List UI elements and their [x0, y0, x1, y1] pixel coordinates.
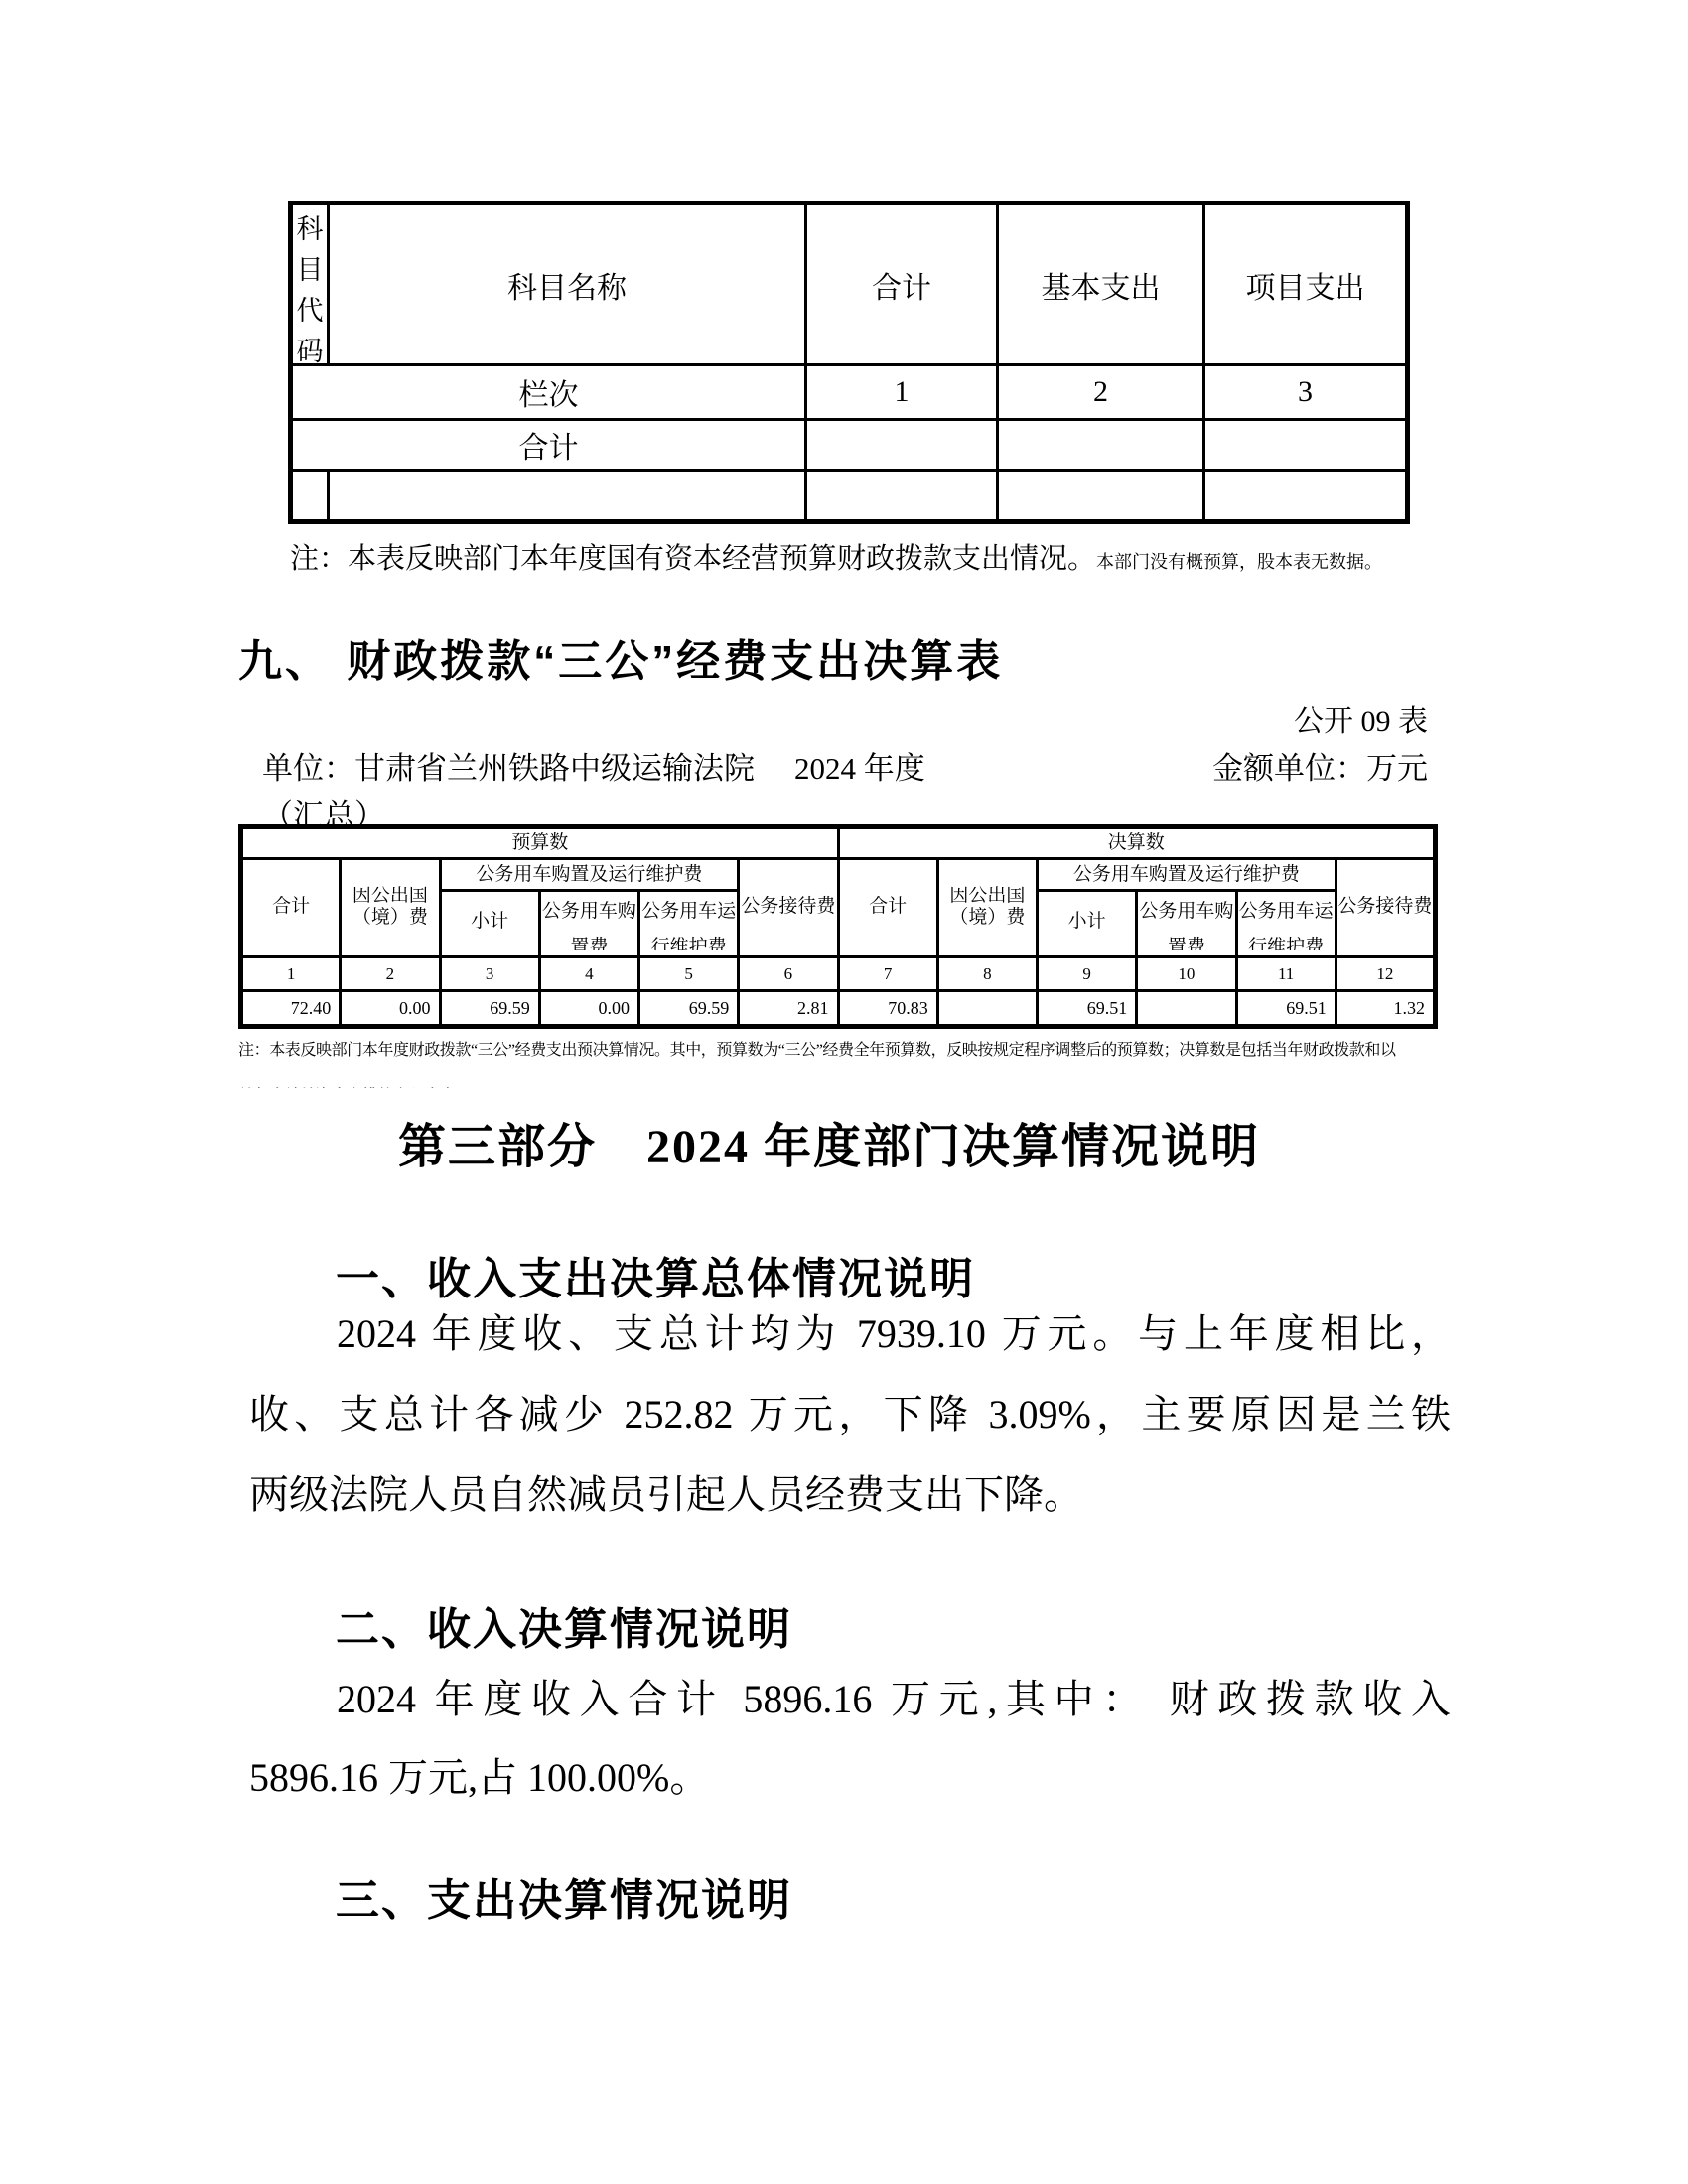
col-num: 9 — [1038, 957, 1137, 991]
document-page: 科 目 代 码 科目名称 合计 基本支出 项目支出 栏次 1 2 3 合计 — [0, 0, 1688, 2184]
col-num: 6 — [739, 957, 838, 991]
budget-subtotal-header: 小计 — [440, 891, 539, 957]
col-num: 3 — [440, 957, 539, 991]
empty-value-1 — [806, 471, 998, 522]
empty-name-cell — [329, 471, 806, 522]
paragraph-line: 2024 年度收、支总计均为 7939.10 万元。与上年度相比， — [249, 1294, 1451, 1374]
project-expense-header: 项目支出 — [1204, 204, 1408, 365]
paragraph-line: 5896.16 万元,占 100.00%。 — [249, 1738, 1451, 1817]
col-num: 4 — [539, 957, 638, 991]
final-vehicle-band: 公务用车购置及运行维护费 — [1038, 859, 1336, 891]
fiscal-year: 2024 年度 — [794, 744, 925, 788]
final-reception-header: 公务接待费 — [1336, 859, 1435, 957]
section-3-heading: 三、支出决算情况说明 — [336, 1864, 792, 1928]
budget-abroad-header: 因公出国 （境）费 — [341, 859, 440, 957]
col-num: 5 — [639, 957, 739, 991]
empty-value-2 — [998, 471, 1204, 522]
data-cell: 0.00 — [539, 991, 638, 1027]
final-subtotal-header: 小计 — [1038, 891, 1137, 957]
col-num: 10 — [1137, 957, 1236, 991]
top-table-note-small: 本部门没有概预算，股本表无数据。 — [1096, 552, 1382, 572]
col-num: 7 — [838, 957, 937, 991]
total-row-value-2 — [998, 420, 1204, 471]
empty-code-cell — [291, 471, 329, 522]
budget-purchase-header: 公务用车购 置费 — [539, 891, 638, 957]
column-index-label: 栏次 — [291, 365, 806, 420]
final-band: 决算数 — [838, 827, 1436, 859]
budget-total-header: 合计 — [241, 859, 341, 957]
column-index-1: 1 — [806, 365, 998, 420]
top-table-note: 注：本表反映部门本年度国有资本经营预算财政拨款支出情况。本部门没有概预算，股本表… — [290, 536, 1382, 577]
state-capital-expenditure-table: 科 目 代 码 科目名称 合计 基本支出 项目支出 栏次 1 2 3 合计 — [288, 201, 1410, 524]
col-num: 2 — [341, 957, 440, 991]
table-number: 公开 09 表 — [1294, 696, 1428, 740]
data-cell: 69.51 — [1236, 991, 1336, 1027]
sangong-note-line2: 前年度结转资金安排的实际支出。 — [238, 1074, 1445, 1088]
amount-unit: 金额单位：万元 — [1212, 744, 1428, 788]
part3-title: 第三部分 2024 年度部门决算情况说明 — [209, 1108, 1450, 1176]
subject-code-header: 科 目 代 码 — [291, 204, 329, 365]
col-num: 1 — [241, 957, 341, 991]
col-num: 11 — [1236, 957, 1336, 991]
data-cell — [937, 991, 1037, 1027]
final-operation-header: 公务用车运 行维护费 — [1236, 891, 1336, 957]
top-table-note-main: 注：本表反映部门本年度国有资本经营预算财政拨款支出情况。 — [290, 543, 1096, 575]
data-cell: 2.81 — [739, 991, 838, 1027]
paragraph-line: 收、支总计各减少 252.82 万元，下降 3.09%，主要原因是兰铁 — [249, 1374, 1451, 1454]
data-cell: 69.59 — [440, 991, 539, 1027]
data-cell — [1137, 991, 1236, 1027]
budget-band: 预算数 — [241, 827, 839, 859]
data-cell: 70.83 — [838, 991, 937, 1027]
section-1-paragraph: 2024 年度收、支总计均为 7939.10 万元。与上年度相比， 收、支总计各… — [249, 1294, 1451, 1535]
data-cell: 69.51 — [1038, 991, 1137, 1027]
section-2-paragraph: 2024 年度收入合计 5896.16 万元,其中： 财政拨款收入 5896.1… — [249, 1660, 1451, 1817]
final-purchase-header: 公务用车购 置费 — [1137, 891, 1236, 957]
total-row-label: 合计 — [291, 420, 806, 471]
paragraph-line: 两级法院人员自然减员引起人员经费支出下降。 — [249, 1454, 1451, 1535]
col-num: 8 — [937, 957, 1037, 991]
budget-reception-header: 公务接待费 — [739, 859, 838, 957]
empty-value-3 — [1204, 471, 1408, 522]
basic-expense-header: 基本支出 — [998, 204, 1204, 365]
column-index-3: 3 — [1204, 365, 1408, 420]
paragraph-line: 2024 年度收入合计 5896.16 万元,其中： 财政拨款收入 — [249, 1660, 1451, 1738]
section-2-heading: 二、收入决算情况说明 — [336, 1593, 792, 1657]
col-num: 12 — [1336, 957, 1435, 991]
sangong-table-note: 注：本表反映部门本年度财政拨款“三公”经费支出预决算情况。其中，预算数为“三公”… — [238, 1028, 1445, 1088]
subject-name-header: 科目名称 — [329, 204, 806, 365]
total-header: 合计 — [806, 204, 998, 365]
sangong-note-line1: 注：本表反映部门本年度财政拨款“三公”经费支出预决算情况。其中，预算数为“三公”… — [238, 1028, 1445, 1074]
final-abroad-header: 因公出国 （境）费 — [937, 859, 1037, 957]
section-9-heading: 九、 财政拨款“三公”经费支出决算表 — [238, 625, 1003, 689]
data-cell: 0.00 — [341, 991, 440, 1027]
sangong-expenditure-table: 预算数 决算数 合计 因公出国 （境）费 公务用车购置及运行维护费 公务接待费 … — [238, 824, 1438, 1029]
unit-name: 单位：甘肃省兰州铁路中级运输法院 — [262, 744, 755, 788]
data-cell: 72.40 — [241, 991, 341, 1027]
column-index-2: 2 — [998, 365, 1204, 420]
total-row-value-1 — [806, 420, 998, 471]
total-row-value-3 — [1204, 420, 1408, 471]
data-cell: 1.32 — [1336, 991, 1435, 1027]
budget-vehicle-band: 公务用车购置及运行维护费 — [440, 859, 739, 891]
data-cell: 69.59 — [639, 991, 739, 1027]
final-total-header: 合计 — [838, 859, 937, 957]
budget-operation-header: 公务用车运 行维护费 — [639, 891, 739, 957]
table-meta-line: 单位：甘肃省兰州铁路中级运输法院 2024 年度 金额单位：万元 — [0, 744, 1688, 783]
